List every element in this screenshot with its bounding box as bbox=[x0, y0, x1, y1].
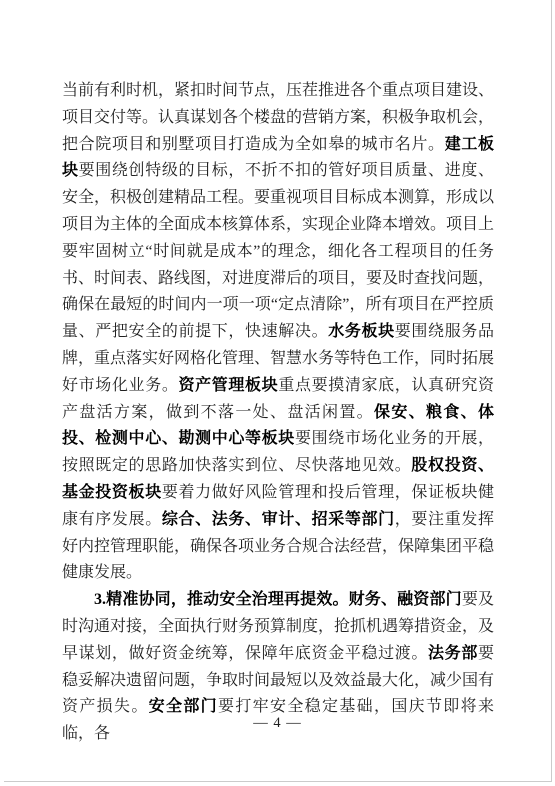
bold-text-run: 3.精准协同，推动安全治理再提效。财务、融资部门 bbox=[94, 591, 462, 608]
page-edge-right-line bbox=[551, 0, 552, 782]
bold-text-run: 水务板块 bbox=[328, 323, 395, 340]
bold-text-run: 综合、法务、审计、招采等部门 bbox=[162, 511, 395, 528]
document-body: 当前有利时机，紧扣时间节点，压茬推进各个重点项目建设、项目交付等。认真谋划各个楼… bbox=[62, 78, 494, 748]
page-number: — 4 — bbox=[253, 715, 302, 731]
paragraph: 当前有利时机，紧扣时间节点，压茬推进各个重点项目建设、项目交付等。认真谋划各个楼… bbox=[62, 78, 494, 587]
bold-text-run: 法务部 bbox=[428, 645, 478, 662]
text-run: 当前有利时机，紧扣时间节点，压茬推进各个重点项目建设、项目交付等。认真谋划各个楼… bbox=[62, 82, 494, 153]
bold-text-run: 安全部门 bbox=[149, 698, 218, 715]
page-footer: — 4 — bbox=[0, 714, 555, 732]
document-page: 当前有利时机，紧扣时间节点，压茬推进各个重点项目建设、项目交付等。认真谋划各个楼… bbox=[0, 0, 555, 786]
page-edge-bottom-line bbox=[4, 781, 552, 782]
bold-text-run: 资产管理板块 bbox=[178, 377, 278, 394]
text-run: 要围绕创特级的目标，不折不扣的管好项目质量、进度、安全，积极创建精品工程。要重视… bbox=[62, 162, 494, 340]
